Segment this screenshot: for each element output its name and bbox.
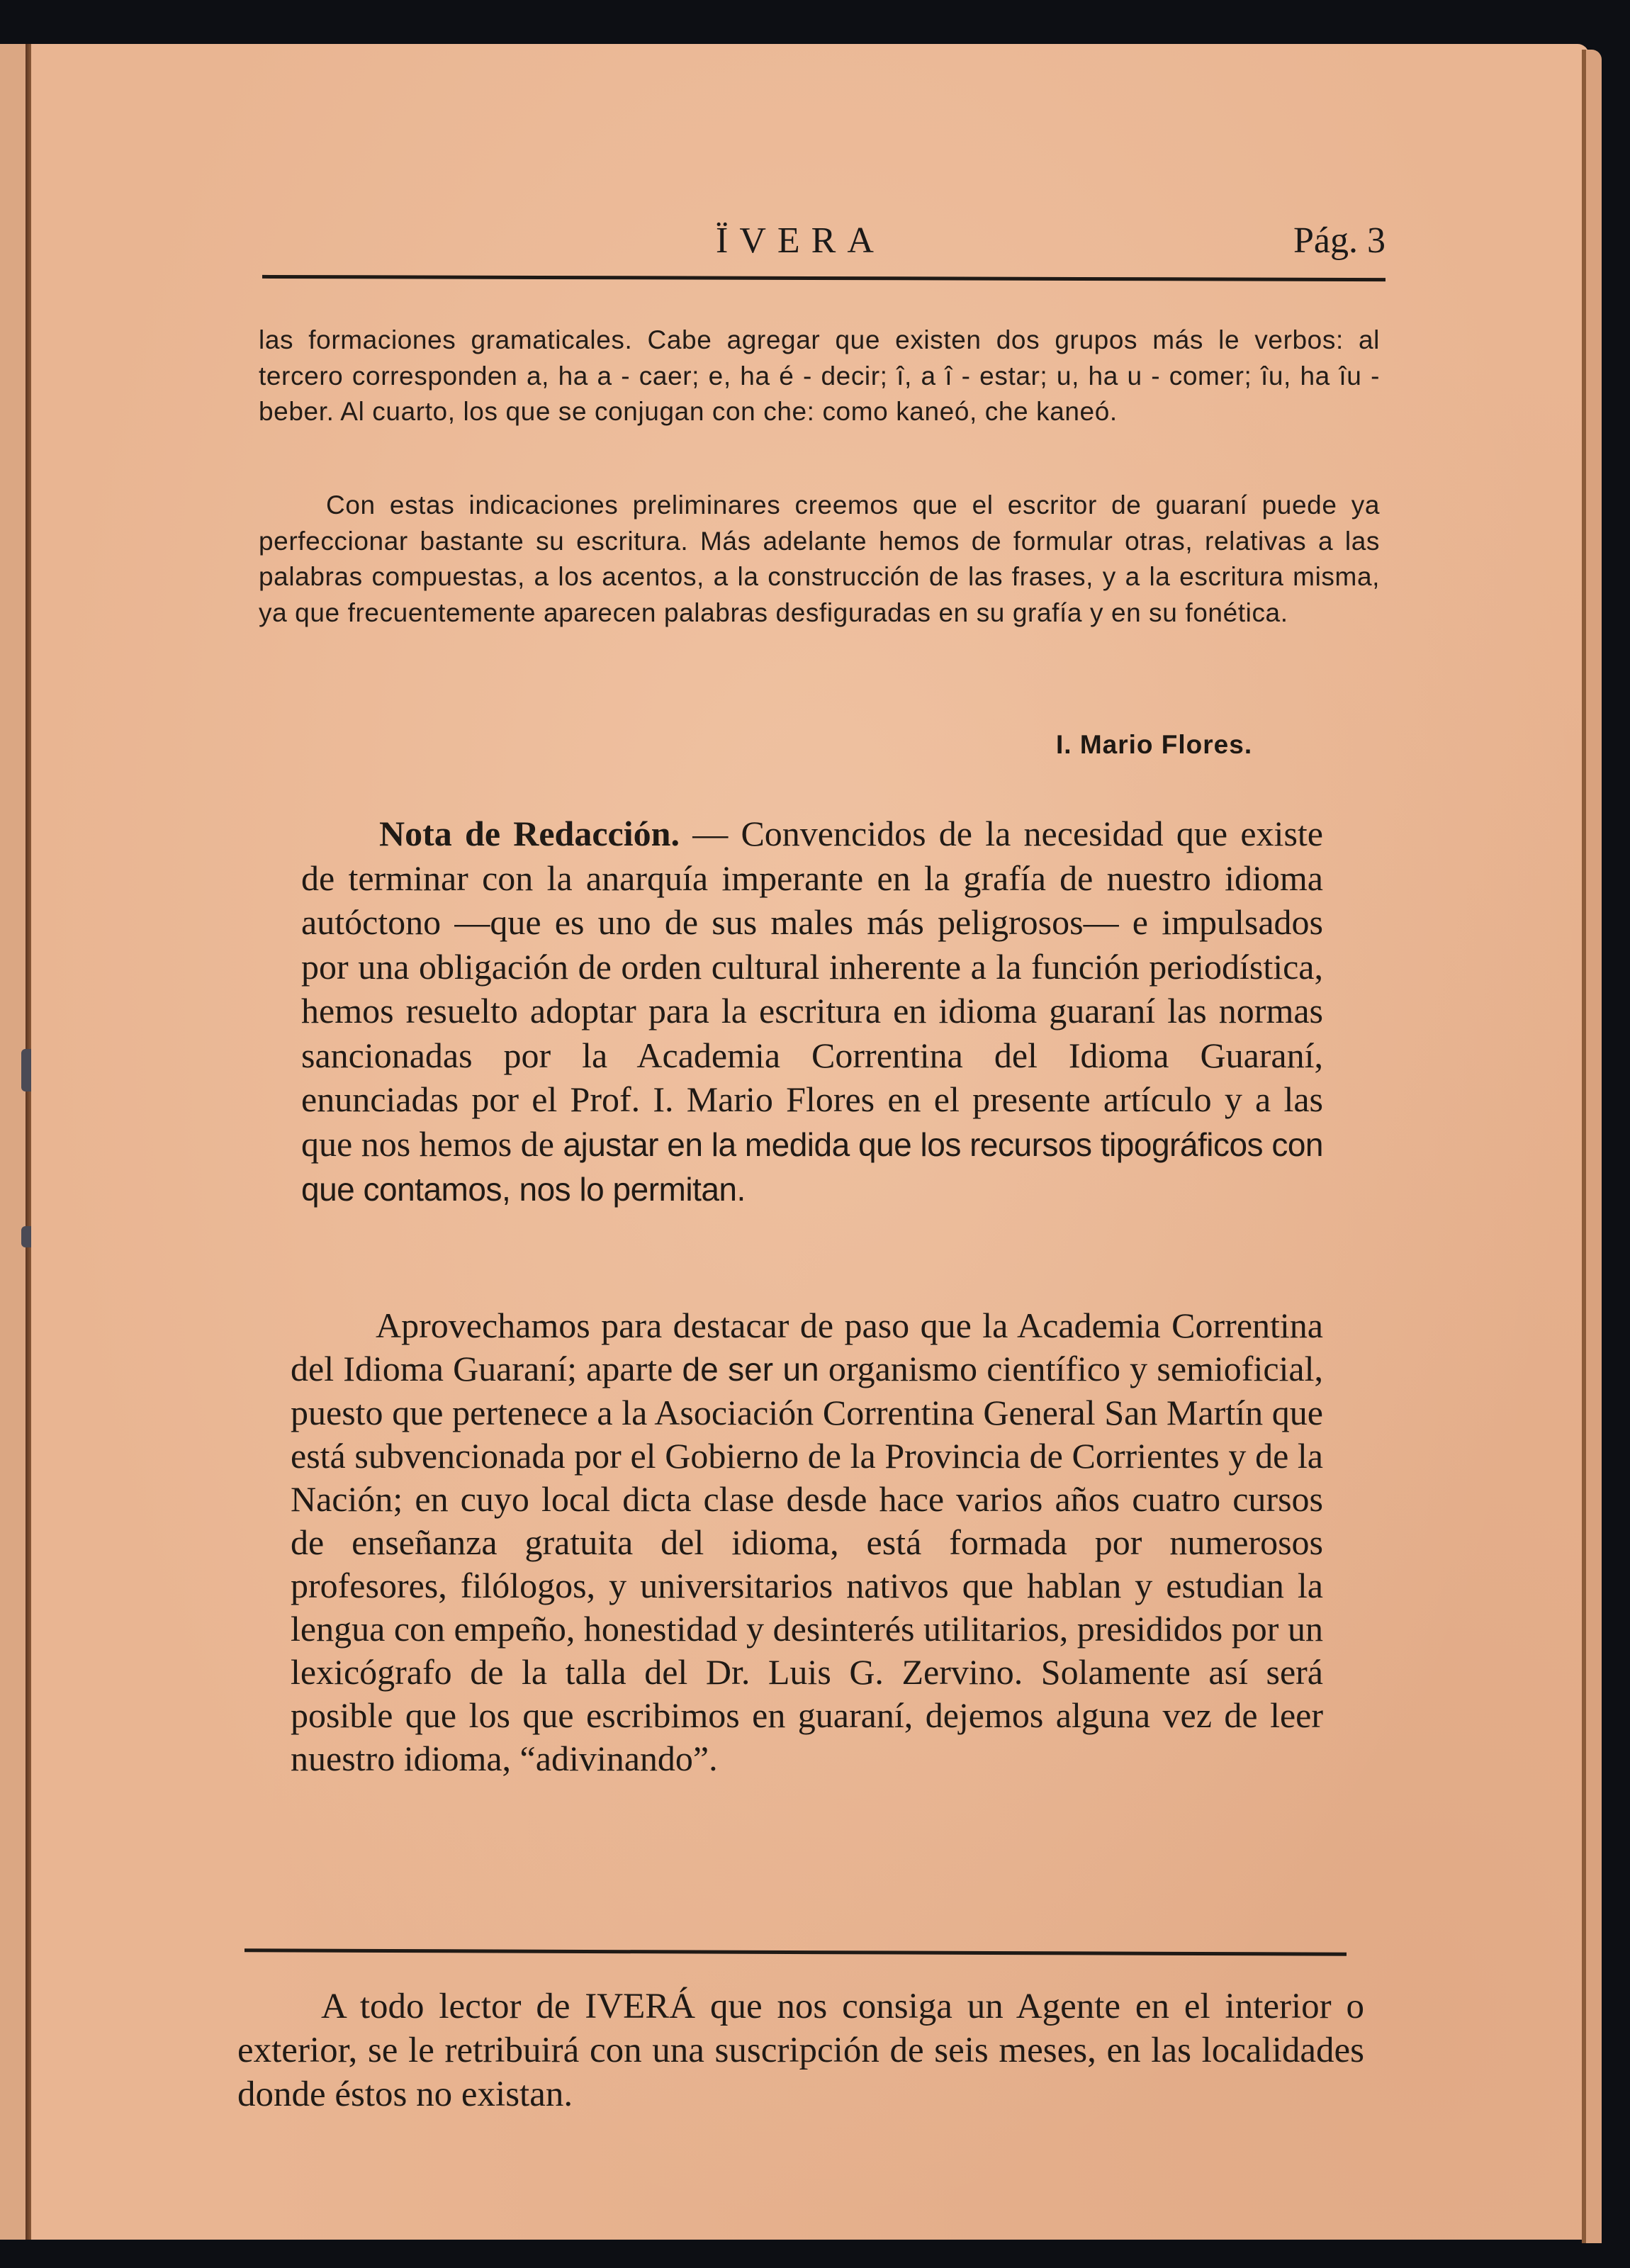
editorial-note-paragraph: Nota de Redacción. — Convencidos de la n… xyxy=(301,812,1323,1212)
editorial-note-heading: Nota de Redacción. xyxy=(379,814,680,853)
article-paragraph: las formaciones gramaticales. Cabe agreg… xyxy=(259,322,1380,430)
author-signature: I. Mario Flores. xyxy=(1056,730,1252,760)
editorial-note-p2-sans: de ser un xyxy=(682,1351,819,1388)
editorial-note-body: Convencidos de la necesidad que existe d… xyxy=(301,814,1323,1164)
running-header: ÏVERA Pág. 3 xyxy=(262,220,1385,262)
editorial-note-p2-body: organismo científico y semioficial, pues… xyxy=(291,1349,1323,1778)
em-dash: — xyxy=(680,814,741,853)
article-paragraph: Con estas indicaciones preliminares cree… xyxy=(259,488,1380,631)
masthead-title: ÏVERA xyxy=(716,220,885,262)
subscription-notice: A todo lector de IVERÁ que nos consiga u… xyxy=(237,1984,1364,2116)
editorial-note-paragraph-2: Aprovechamos para destacar de paso que l… xyxy=(291,1304,1323,1780)
book-binding xyxy=(26,44,31,2240)
previous-page-edge xyxy=(0,44,26,2240)
page-number: Pág. 3 xyxy=(1293,220,1385,262)
page-stack-edge xyxy=(1582,50,1602,2243)
